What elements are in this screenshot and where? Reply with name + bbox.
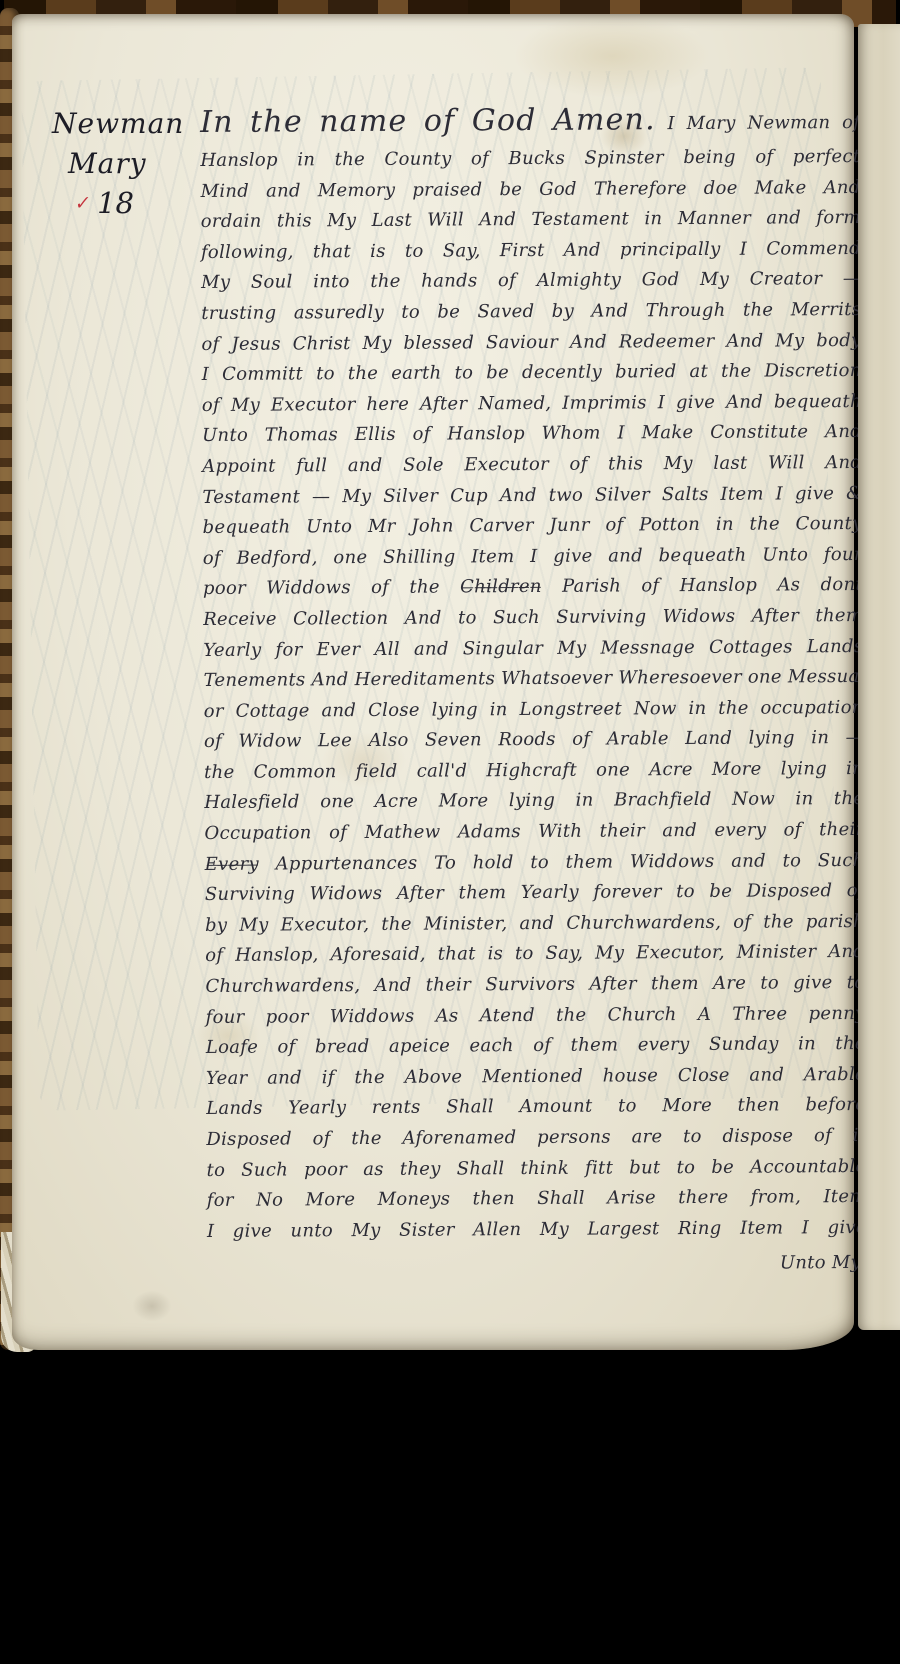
- will-line: Lands Yearly rents Shall Amount to More …: [206, 1090, 866, 1125]
- will-line: Occupation of Mathew Adams With their an…: [204, 815, 864, 850]
- will-line: Churchwardens, And their Survivors After…: [205, 968, 865, 1003]
- will-line: I give unto My Sister Allen My Largest R…: [207, 1213, 867, 1248]
- will-line: by My Executor, the Minister, and Church…: [205, 907, 865, 942]
- will-line: following, that is to Say, First And pri…: [201, 234, 861, 269]
- will-line: Year and if the Above Mentioned house Cl…: [206, 1060, 866, 1095]
- will-line: My Soul into the hands of Almighty God M…: [201, 264, 861, 299]
- will-line: trusting assuredly to be Saved by And Th…: [201, 295, 861, 330]
- margin-number: 18: [97, 186, 134, 220]
- will-line: for No More Moneys then Shall Arise ther…: [207, 1182, 867, 1217]
- will-line: Loafe of bread apeice each of them every…: [206, 1029, 866, 1064]
- will-line: of My Executor here After Named, Imprimi…: [202, 387, 862, 422]
- will-line: of Jesus Christ My blessed Saviour And R…: [201, 326, 861, 361]
- will-line: Disposed of the Aforenamed persons are t…: [206, 1121, 866, 1156]
- margin-surname: Newman: [52, 104, 184, 144]
- manuscript-page: Newman Mary ✓ 18 In the name of God Amen…: [12, 14, 854, 1350]
- manuscript-photo: Newman Mary ✓ 18 In the name of God Amen…: [0, 0, 900, 1664]
- will-line: I Committ to the earth to be decently bu…: [202, 356, 862, 391]
- will-line: ordain this My Last Will And Testament i…: [201, 203, 861, 238]
- will-line: Surviving Widows After them Yearly forev…: [205, 876, 865, 911]
- red-checkmark-icon: ✓: [73, 192, 90, 214]
- will-line: poor Widdows of the C̶h̶i̶l̶d̶r̶e̶n̶ Par…: [203, 570, 863, 605]
- will-line: of Widow Lee Also Seven Roods of Arable …: [204, 723, 864, 758]
- will-line: of Bedford, one Shilling Item I give and…: [203, 540, 863, 575]
- will-line: Mind and Memory praised be God Therefore…: [200, 173, 860, 208]
- will-line: Unto Thomas Ellis of Hanslop Whom I Make…: [202, 417, 862, 452]
- will-line: bequeath Unto Mr John Carver Junr of Pot…: [203, 509, 863, 544]
- will-line: or Cottage and Close lying in Longstreet…: [204, 693, 864, 728]
- will-line: four poor Widdows As Atend the Church A …: [206, 999, 866, 1034]
- will-line: Appoint full and Sole Executor of this M…: [202, 448, 862, 483]
- will-line: Tenements And Hereditaments Whatsoever W…: [203, 662, 863, 697]
- opening-flourish-text: In the name of God Amen.: [200, 102, 656, 140]
- will-line: Halesfield one Acre More lying in Brachf…: [204, 784, 864, 819]
- margin-forename: Mary: [68, 144, 184, 184]
- will-text-block: In the name of God Amen. I Mary Newman o…: [200, 96, 867, 1281]
- will-line: Receive Collection And to Such Surviving…: [203, 601, 863, 636]
- will-line: Hanslop in the County of Bucks Spinster …: [200, 142, 860, 177]
- will-line: of Hanslop, Aforesaid, that is to Say, M…: [205, 937, 865, 972]
- margin-number-row: ✓ 18: [74, 186, 184, 220]
- will-line: Testament — My Silver Cup And two Silver…: [202, 478, 862, 513]
- will-line: the Common field call'd Highcraft one Ac…: [204, 754, 864, 789]
- will-line: In the name of God Amen. I Mary Newman o…: [200, 96, 860, 146]
- margin-annotation: Newman Mary ✓ 18: [52, 104, 184, 220]
- will-line: E̶v̶e̶r̶y̶ Appurtenances To hold to them…: [205, 846, 865, 881]
- will-line: to Such poor as they Shall think fitt bu…: [206, 1152, 866, 1187]
- catchword-line: Unto My: [207, 1243, 867, 1281]
- facing-page-edge: [858, 24, 900, 1330]
- will-line: Yearly for Ever All and Singular My Mess…: [203, 631, 863, 666]
